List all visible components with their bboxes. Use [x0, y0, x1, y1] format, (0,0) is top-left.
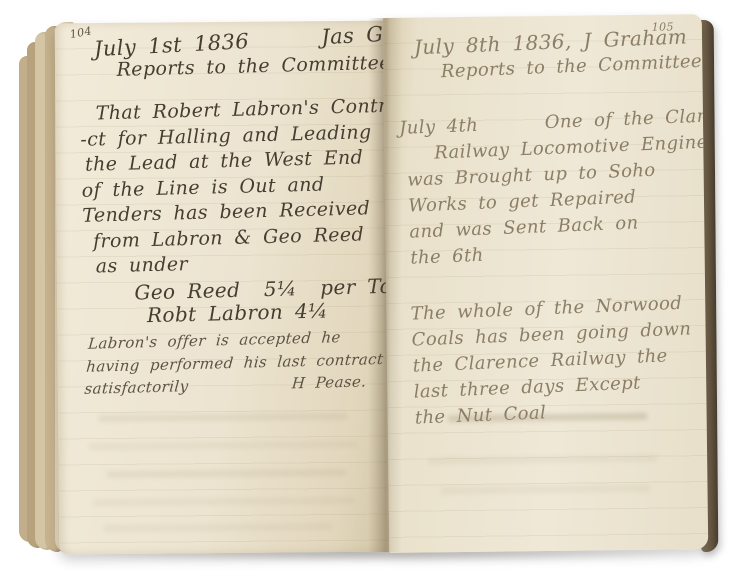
acceptance-note: Labron's offer is accepted he having per…: [84, 324, 389, 400]
open-book: 104 July 1st 1836 Jas Graham Reports to …: [0, 0, 741, 576]
left-page: 104 July 1st 1836 Jas Graham Reports to …: [55, 21, 390, 555]
entry-july-4: July 4th One of the Clarence Railway Loc…: [399, 104, 703, 272]
signature: H Pease.: [291, 370, 367, 395]
right-page: 105 July 8th 1836, J Graham Reports to t…: [383, 14, 709, 553]
manuscript-line: satisfactorily: [84, 375, 190, 400]
tender-line: Robt Labron 4¼ do: [147, 297, 386, 326]
entry-norwood-coals: The whole of the Norwood Coals has been …: [406, 290, 708, 432]
photograph-of-open-minute-book: 104 July 1st 1836 Jas Graham Reports to …: [0, 0, 741, 576]
tender-prices: Geo Reed 5¼ per Ton Robt Labron 4¼ do: [84, 274, 385, 328]
left-report-paragraph: That Robert Labron's Contra -ct for Hall…: [79, 94, 384, 280]
